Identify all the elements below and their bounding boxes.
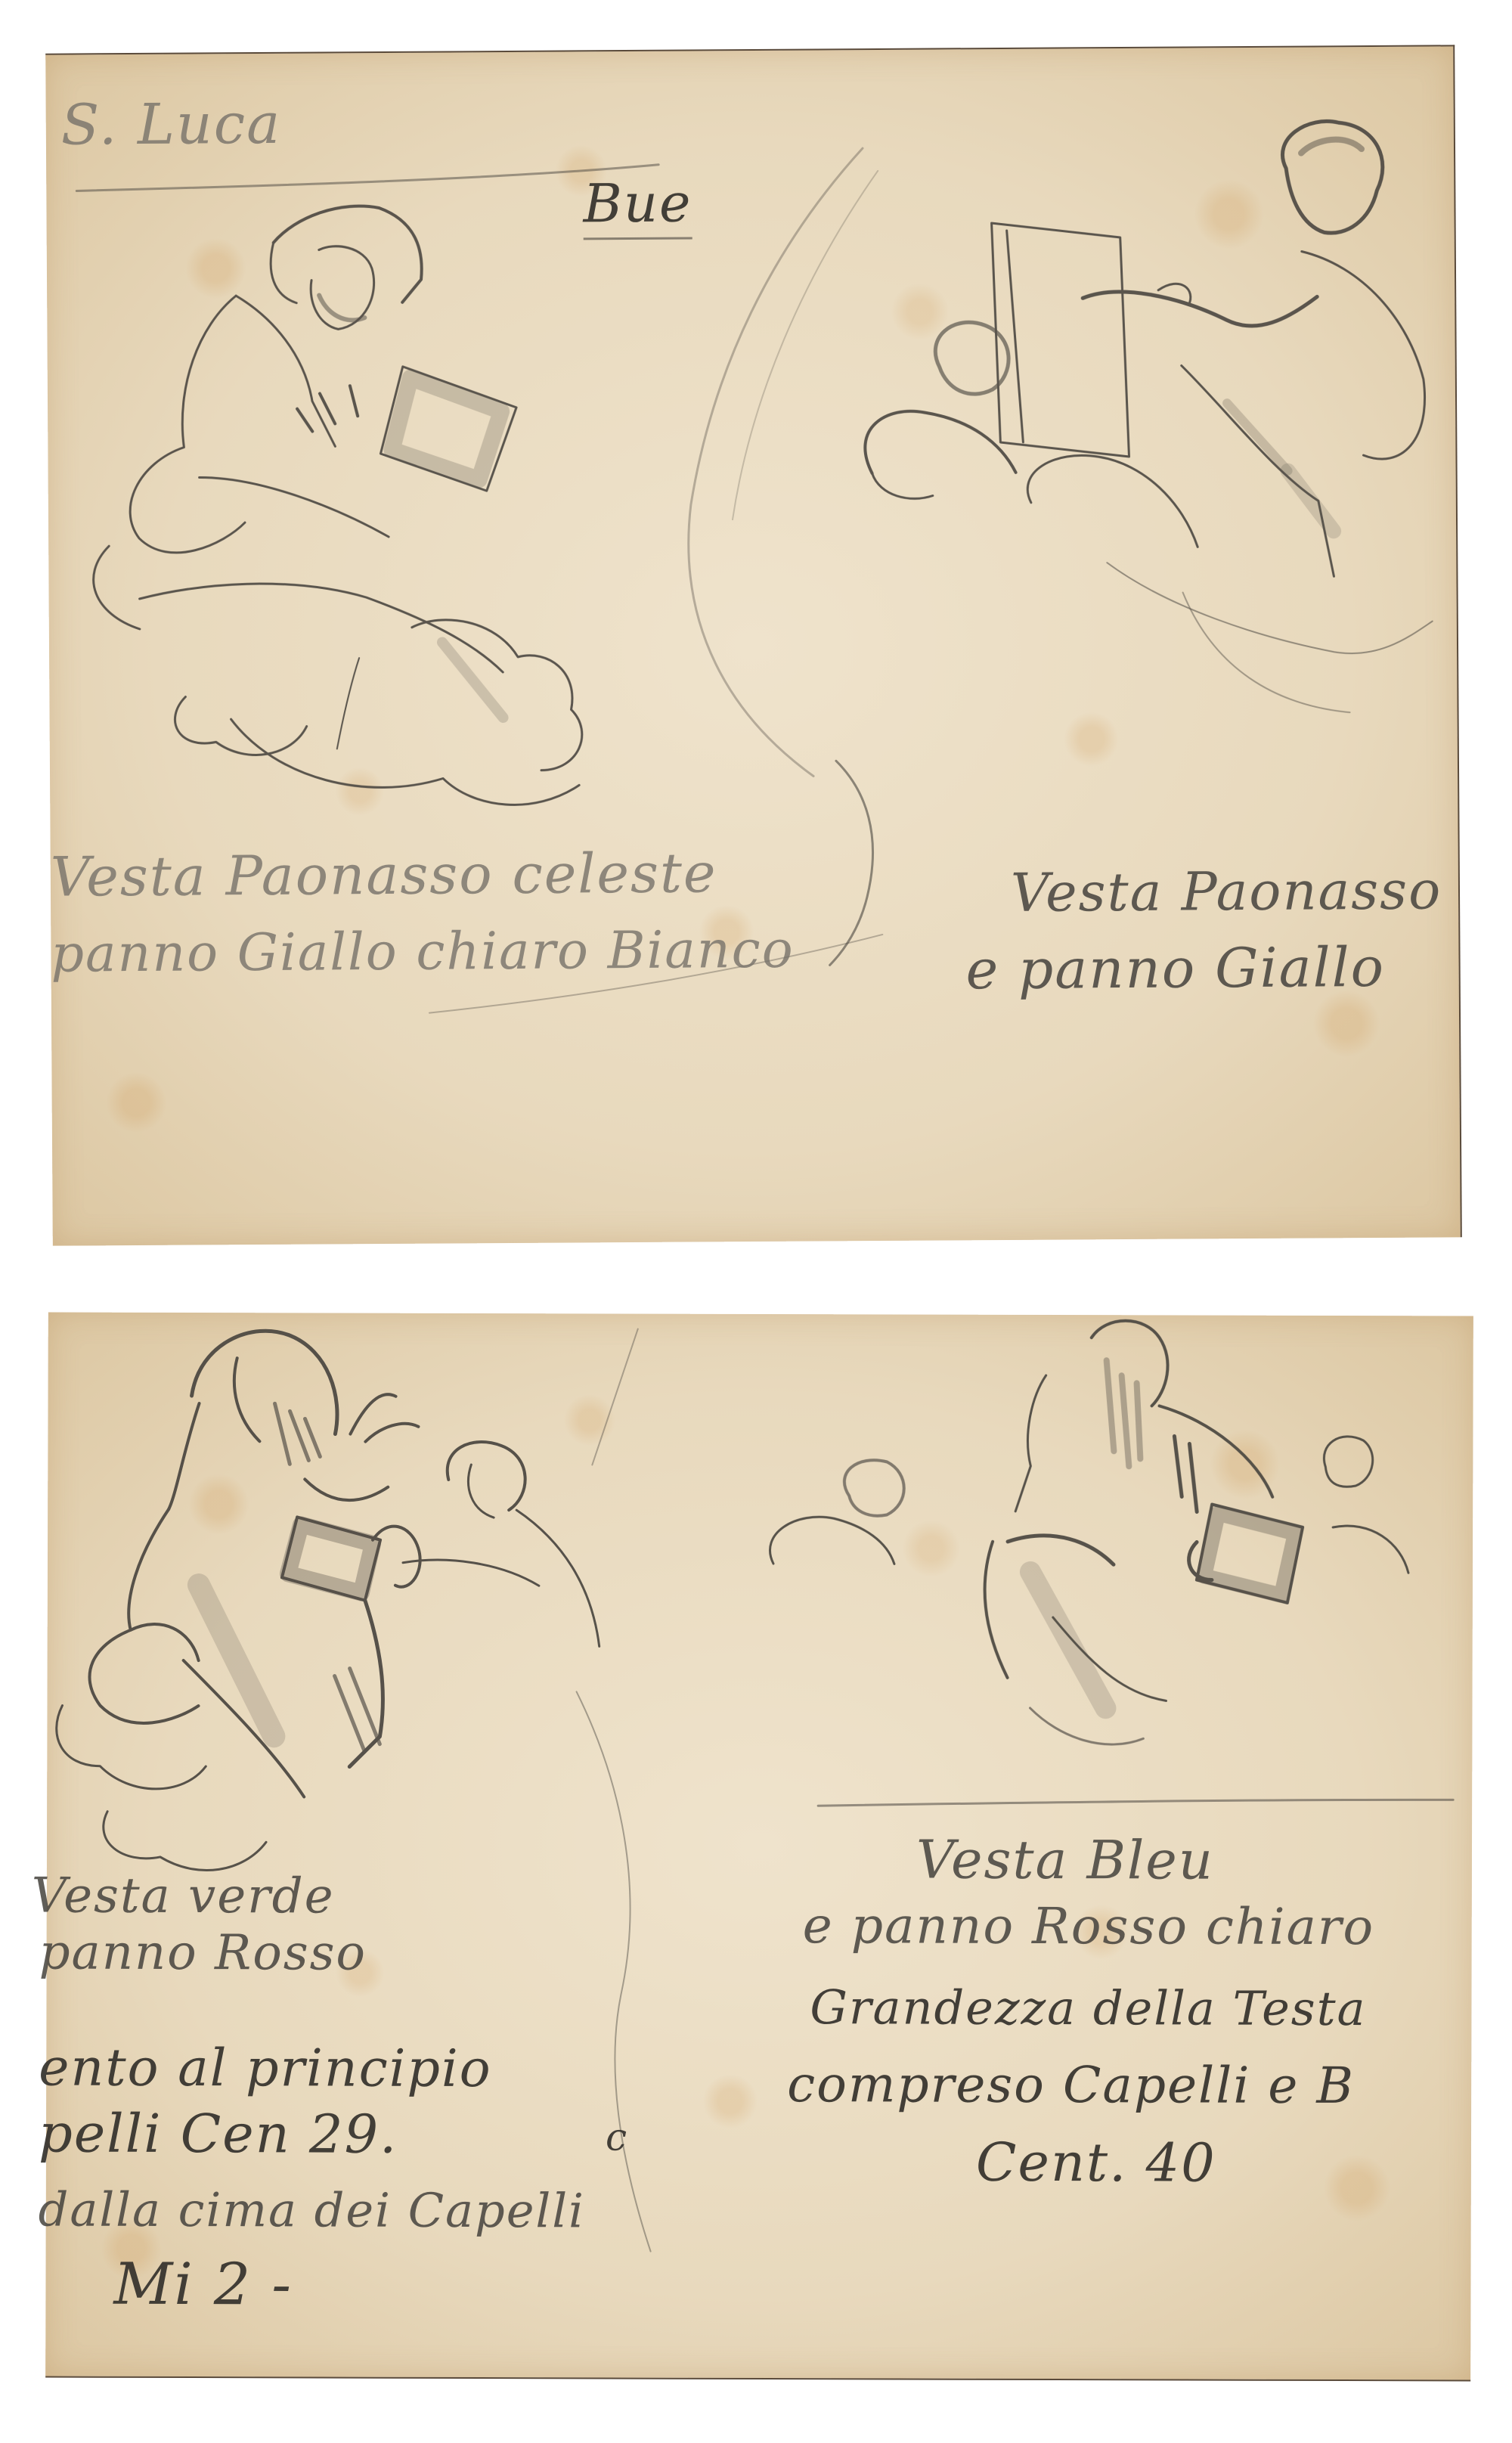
- left-measure-line1: ento al principio: [39, 2038, 492, 2100]
- right-color-note-line1: Vesta Bleu: [916, 1829, 1214, 1892]
- sheet-title-note: S. Luca: [61, 91, 282, 158]
- top-sheet-sketches: [45, 46, 1461, 1245]
- bottom-sketch-sheet: Vesta verde panno Rosso ento al principi…: [45, 1313, 1473, 2382]
- right-bearded-figure: [770, 1320, 1409, 1746]
- right-color-note-line1: Vesta Paonasso: [1011, 859, 1442, 923]
- left-color-note-line2: panno Rosso: [39, 1925, 367, 1982]
- right-evangelist-figure: [863, 121, 1433, 715]
- top-sketch-sheet: S. Luca Bue Vesta Paonasso celeste panno…: [45, 45, 1462, 1245]
- left-reader-figure: [56, 1330, 600, 1871]
- right-color-note-line2: e panno Giallo: [965, 935, 1385, 1001]
- right-measure-line1: Grandezza della Testa: [810, 1980, 1366, 2036]
- sheet-subtitle-note: Bue: [583, 172, 692, 240]
- left-measure-line4: Mi 2 -: [113, 2250, 293, 2318]
- right-measure-line2: compreso Capelli e B: [787, 2055, 1355, 2115]
- left-measure-line2: pelli Cen 29.: [39, 2103, 398, 2166]
- right-measure-line3: Cent. 40: [976, 2131, 1216, 2194]
- left-measure-line3: dalla cima dei Capelli: [39, 2182, 585, 2239]
- left-evangelist-figure: [91, 205, 583, 808]
- left-color-note-line2: panno Giallo chiaro Bianco: [51, 920, 795, 984]
- right-color-note-line2: e panno Rosso chiaro: [803, 1896, 1375, 1956]
- left-color-note-line1: Vesta Paonasso celeste: [51, 841, 717, 908]
- left-measure-mark: c: [606, 2115, 628, 2159]
- left-color-note-line1: Vesta verde: [32, 1868, 335, 1924]
